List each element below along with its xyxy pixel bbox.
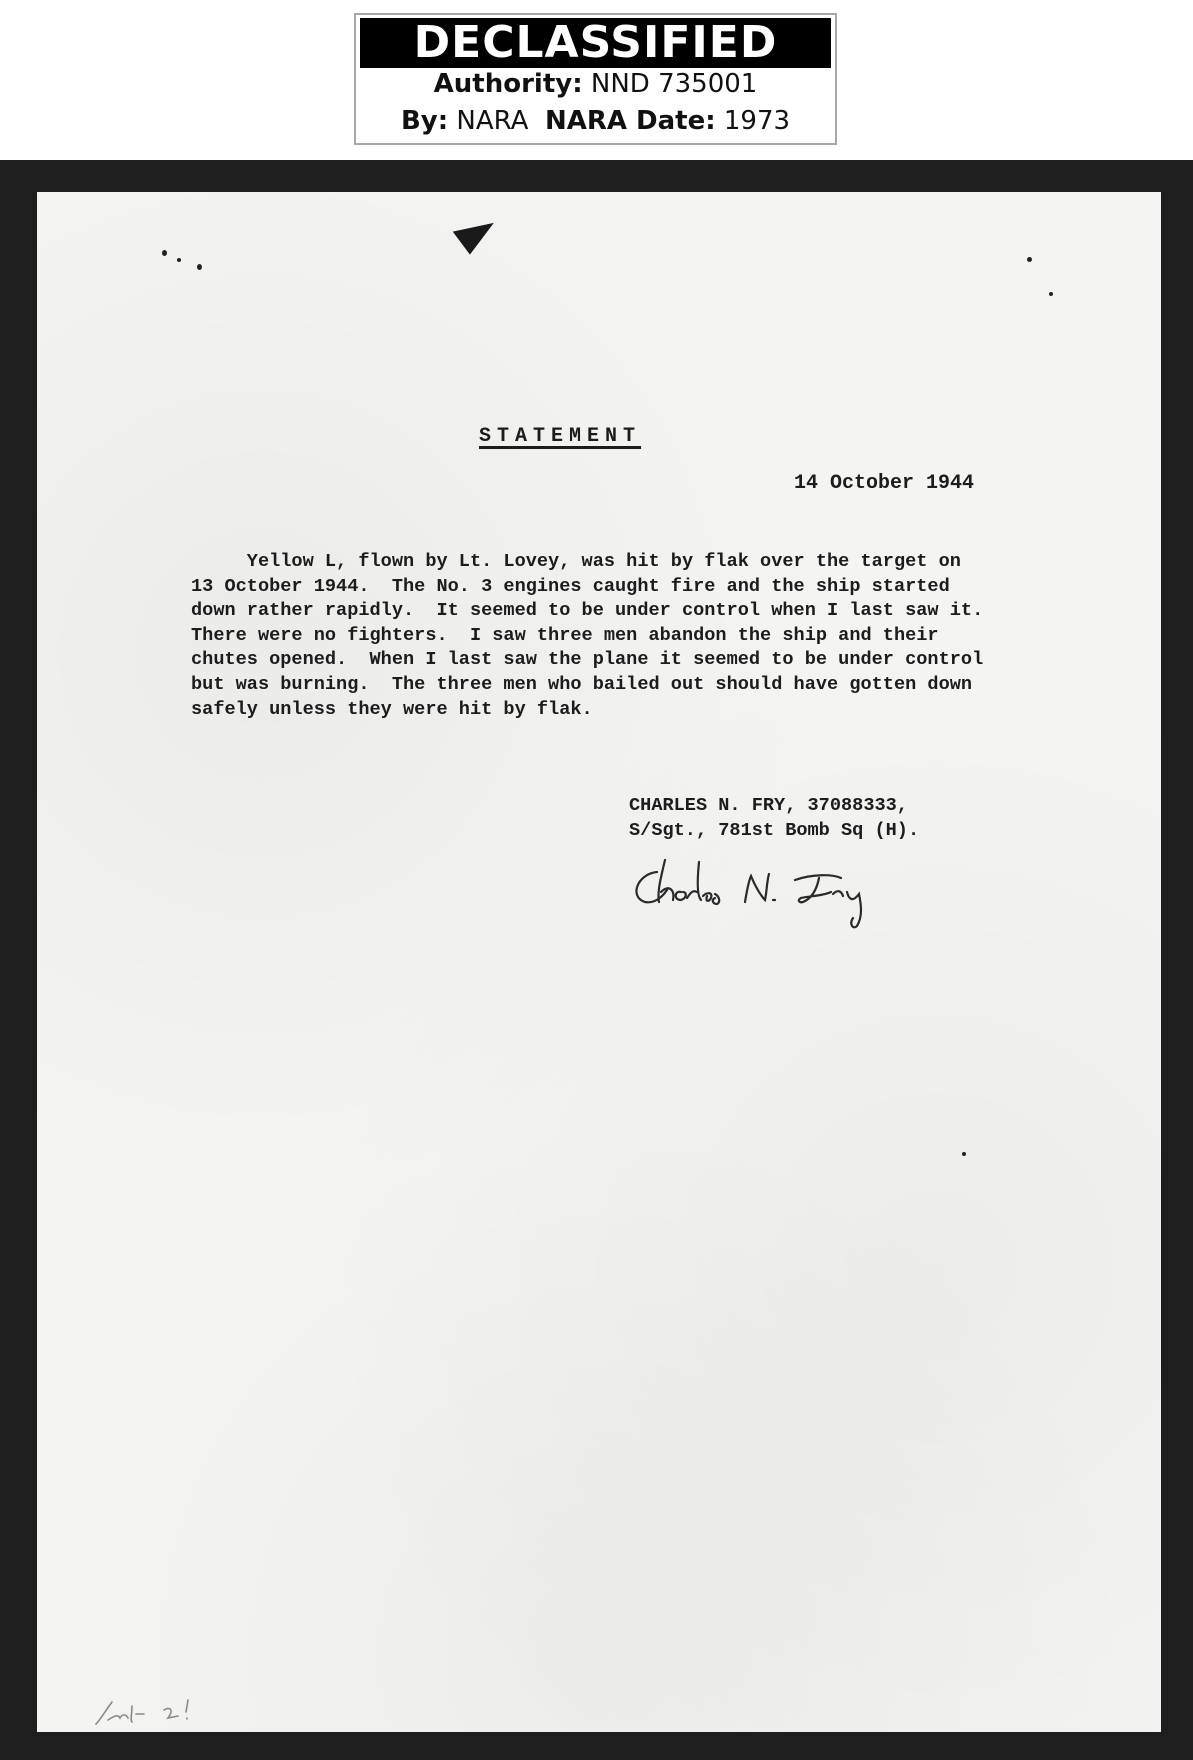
stamp-title: DECLASSIFIED xyxy=(360,18,831,68)
body-line: Yellow L, flown by Lt. Lovey, was hit by… xyxy=(191,550,1091,575)
by-label: By: xyxy=(401,106,448,136)
speck xyxy=(177,258,181,262)
body-line: but was burning. The three men who baile… xyxy=(191,673,1091,698)
body-line: chutes opened. When I last saw the plane… xyxy=(191,648,1091,673)
scan-frame: STATEMENT 14 October 1944 Yellow L, flow… xyxy=(0,160,1193,1760)
speck xyxy=(962,1152,966,1156)
authority-value: NND 735001 xyxy=(591,69,757,99)
declassified-stamp: DECLASSIFIED Authority: NND 735001 By: N… xyxy=(354,13,837,145)
signer-name-serial: CHARLES N. FRY, 37088333, xyxy=(629,793,919,818)
margin-annotation: Incl. 2 xyxy=(92,1692,212,1732)
stamp-by-date: By: NARA NARA Date: 1973 xyxy=(356,106,835,136)
speck xyxy=(1049,292,1053,296)
signer-rank-unit: S/Sgt., 781st Bomb Sq (H). xyxy=(629,818,919,843)
nara-date-value: 1973 xyxy=(724,106,790,136)
body-line: safely unless they were hit by flak. xyxy=(191,698,1091,723)
body-line: There were no fighters. I saw three men … xyxy=(191,624,1091,649)
paper-tear-mark xyxy=(453,223,499,257)
body-line: 13 October 1944. The No. 3 engines caugh… xyxy=(191,575,1091,600)
handwritten-signature: Charles N. Fry xyxy=(627,852,907,932)
statement-body: Yellow L, flown by Lt. Lovey, was hit by… xyxy=(191,550,1091,722)
stamp-authority: Authority: NND 735001 xyxy=(356,69,835,99)
signature-block: CHARLES N. FRY, 37088333, S/Sgt., 781st … xyxy=(629,793,919,843)
speck xyxy=(1027,257,1032,262)
nara-date-label: NARA Date: xyxy=(545,106,716,136)
speck xyxy=(197,264,202,270)
document-title: STATEMENT xyxy=(479,425,641,448)
speck xyxy=(162,250,167,256)
document-page: STATEMENT 14 October 1944 Yellow L, flow… xyxy=(37,192,1161,1732)
document-date: 14 October 1944 xyxy=(794,472,974,495)
body-line: down rather rapidly. It seemed to be und… xyxy=(191,599,1091,624)
authority-label: Authority: xyxy=(434,69,583,99)
by-value: NARA xyxy=(456,106,528,136)
